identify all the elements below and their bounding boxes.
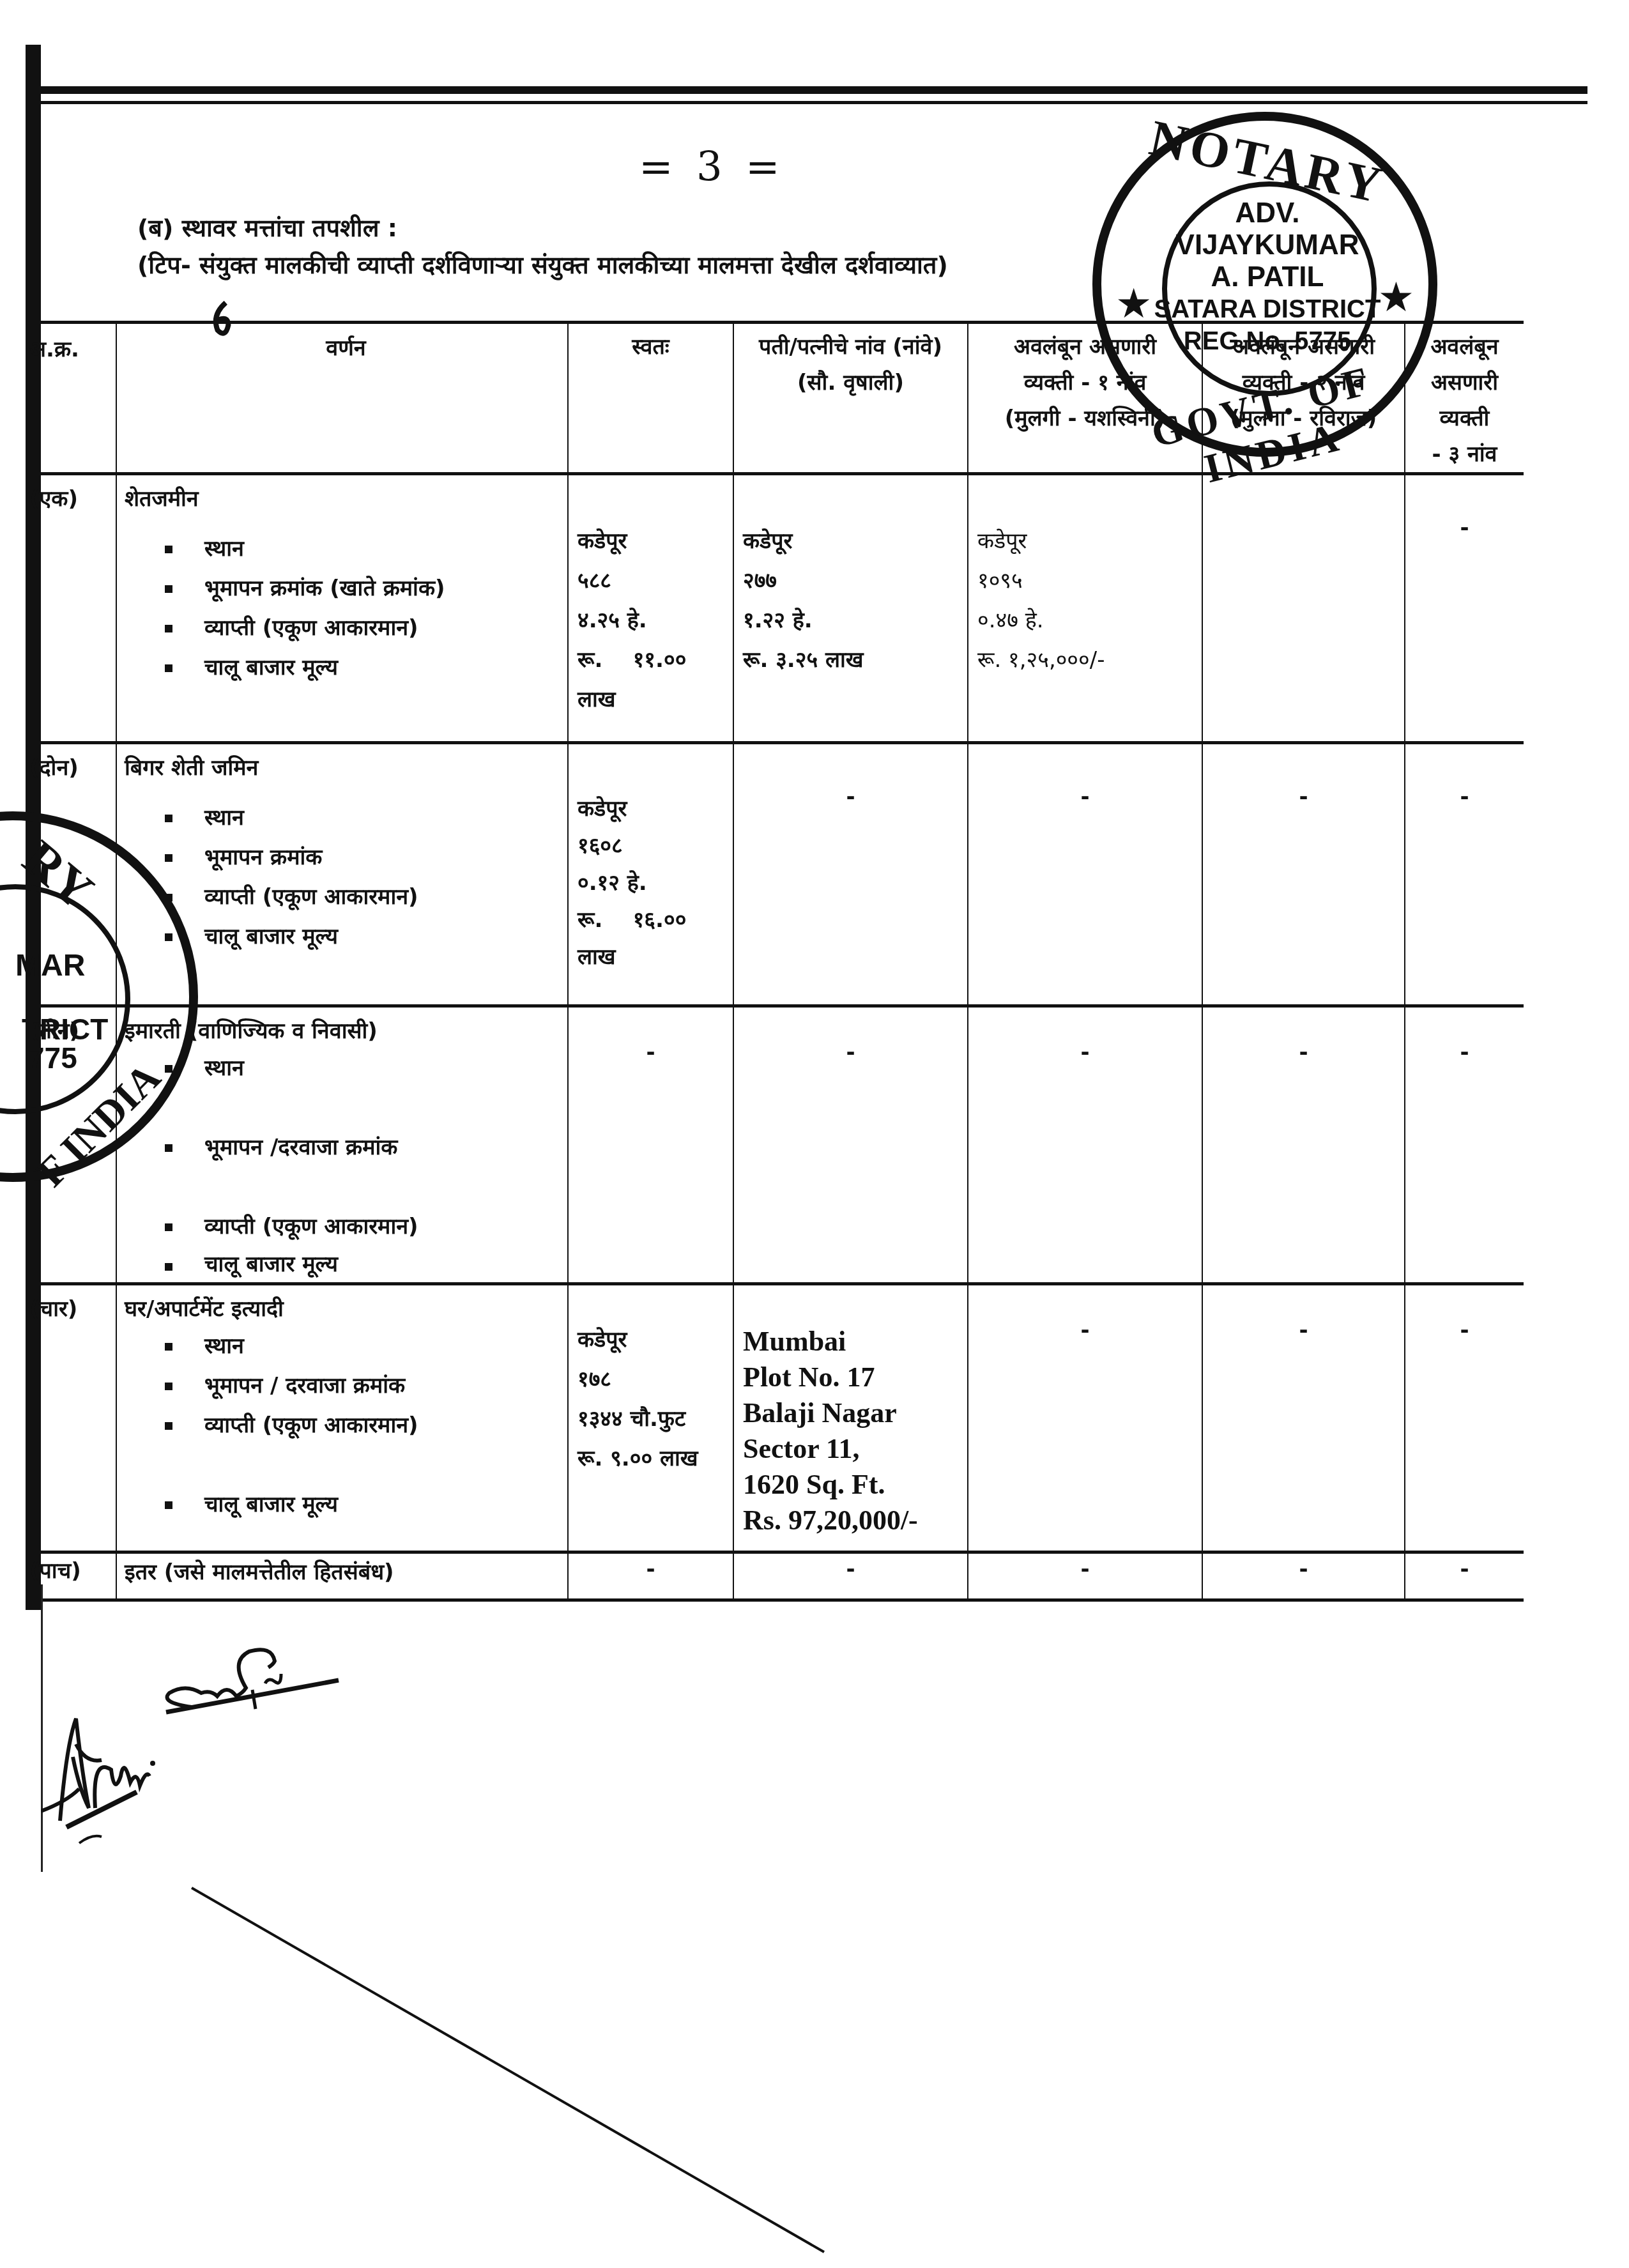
diagonal-strike-line xyxy=(0,0,1629,2268)
